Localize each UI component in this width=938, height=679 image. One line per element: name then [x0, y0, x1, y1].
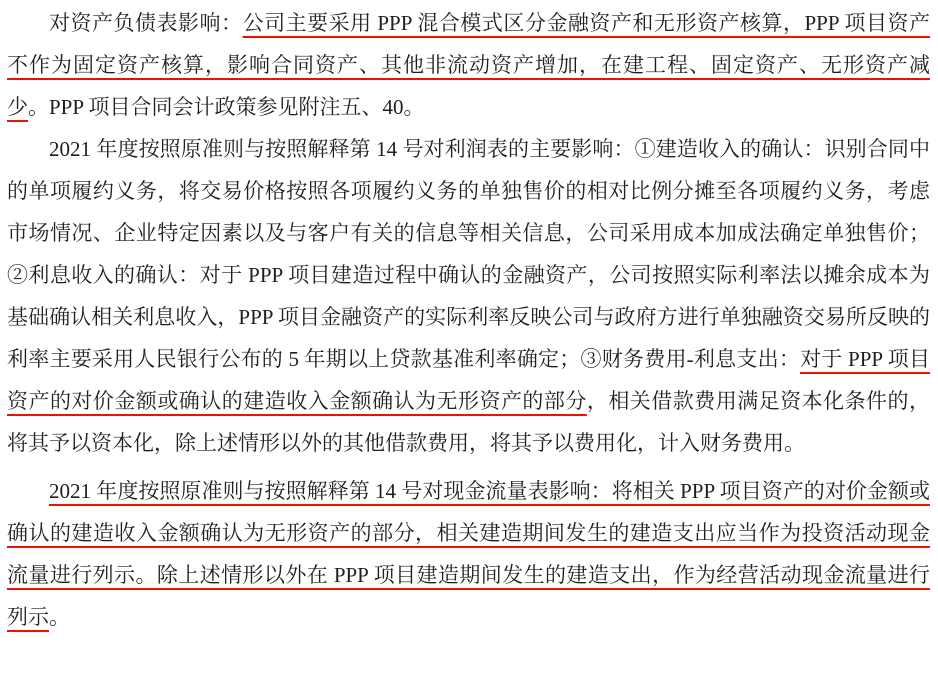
- underlined-text-run: 2021 年度按照原准则与按照解释第 14 号对现金流量表影响：将相关 PPP …: [7, 479, 930, 629]
- text-run: 。: [49, 605, 70, 629]
- document-page: 对资产负债表影响：公司主要采用 PPP 混合模式区分金融资产和无形资产核算，PP…: [0, 0, 938, 679]
- paragraph-balance-sheet-impact: 对资产负债表影响：公司主要采用 PPP 混合模式区分金融资产和无形资产核算，PP…: [7, 2, 930, 128]
- paragraph-income-statement-impact: 2021 年度按照原准则与按照解释第 14 号对利润表的主要影响：①建造收入的确…: [7, 128, 930, 464]
- text-run: 2021 年度按照原准则与按照解释第 14 号对利润表的主要影响：①建造收入的确…: [7, 137, 930, 371]
- text-run: 对资产负债表影响：: [49, 11, 243, 35]
- paragraph-cash-flow-impact: 2021 年度按照原准则与按照解释第 14 号对现金流量表影响：将相关 PPP …: [7, 470, 930, 638]
- text-run: 。PPP 项目合同会计政策参见附注五、40。: [28, 95, 425, 119]
